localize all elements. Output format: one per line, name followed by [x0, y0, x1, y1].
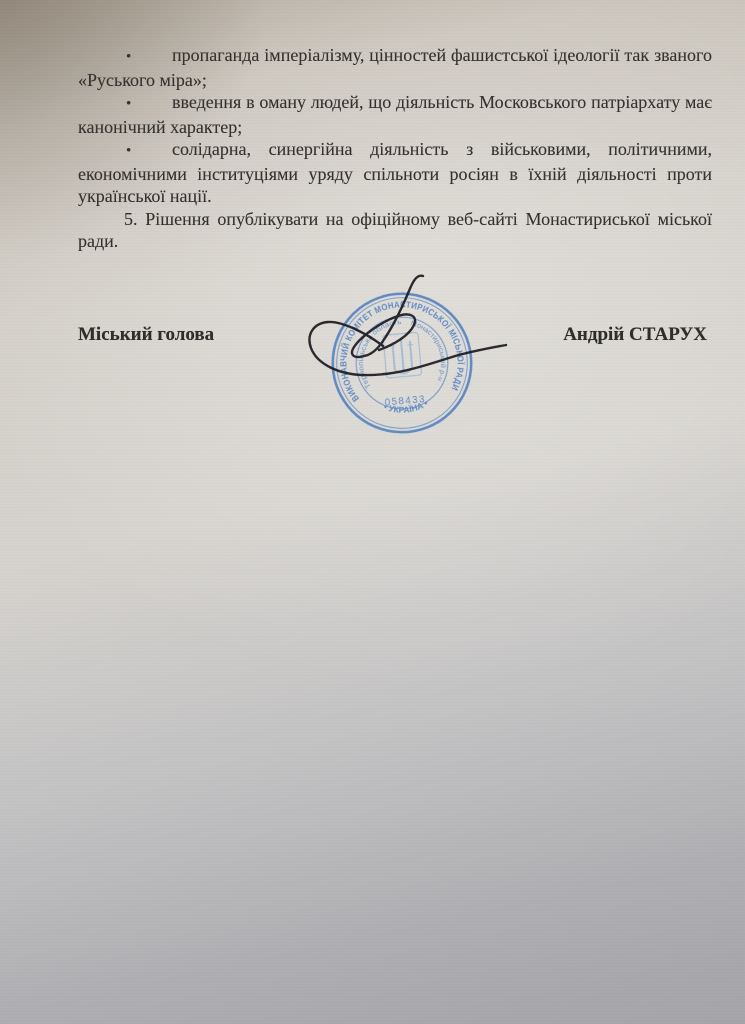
bullet-marker-icon: •: [126, 46, 172, 69]
signatory-title: Міський голова: [78, 324, 214, 346]
document-body-text: •пропаганда імперіалізму, цінностей фаши…: [78, 44, 712, 253]
bullet-item: •солідарна, синергійна діяльність з війс…: [78, 138, 712, 208]
bullet-item: •пропаганда імперіалізму, цінностей фаши…: [78, 44, 712, 91]
bullet-item: •введення в оману людей, що діяльність М…: [78, 91, 712, 138]
signature-scribble: [250, 250, 530, 470]
bullet-text: пропаганда імперіалізму, цінностей фашис…: [78, 45, 712, 90]
document-photo: •пропаганда імперіалізму, цінностей фаши…: [0, 0, 745, 1024]
bullet-marker-icon: •: [126, 140, 172, 163]
bullet-marker-icon: •: [126, 93, 172, 116]
signature-tail: [310, 322, 506, 375]
signature-loop: [352, 314, 415, 357]
bullet-text: солідарна, синергійна діяльність з війсь…: [78, 139, 712, 206]
bullet-text: введення в оману людей, що діяльність Мо…: [78, 92, 712, 137]
signatory-name: Андрій СТАРУХ: [563, 324, 707, 346]
resolution-paragraph: 5. Рішення опублікувати на офіційному ве…: [78, 208, 712, 253]
